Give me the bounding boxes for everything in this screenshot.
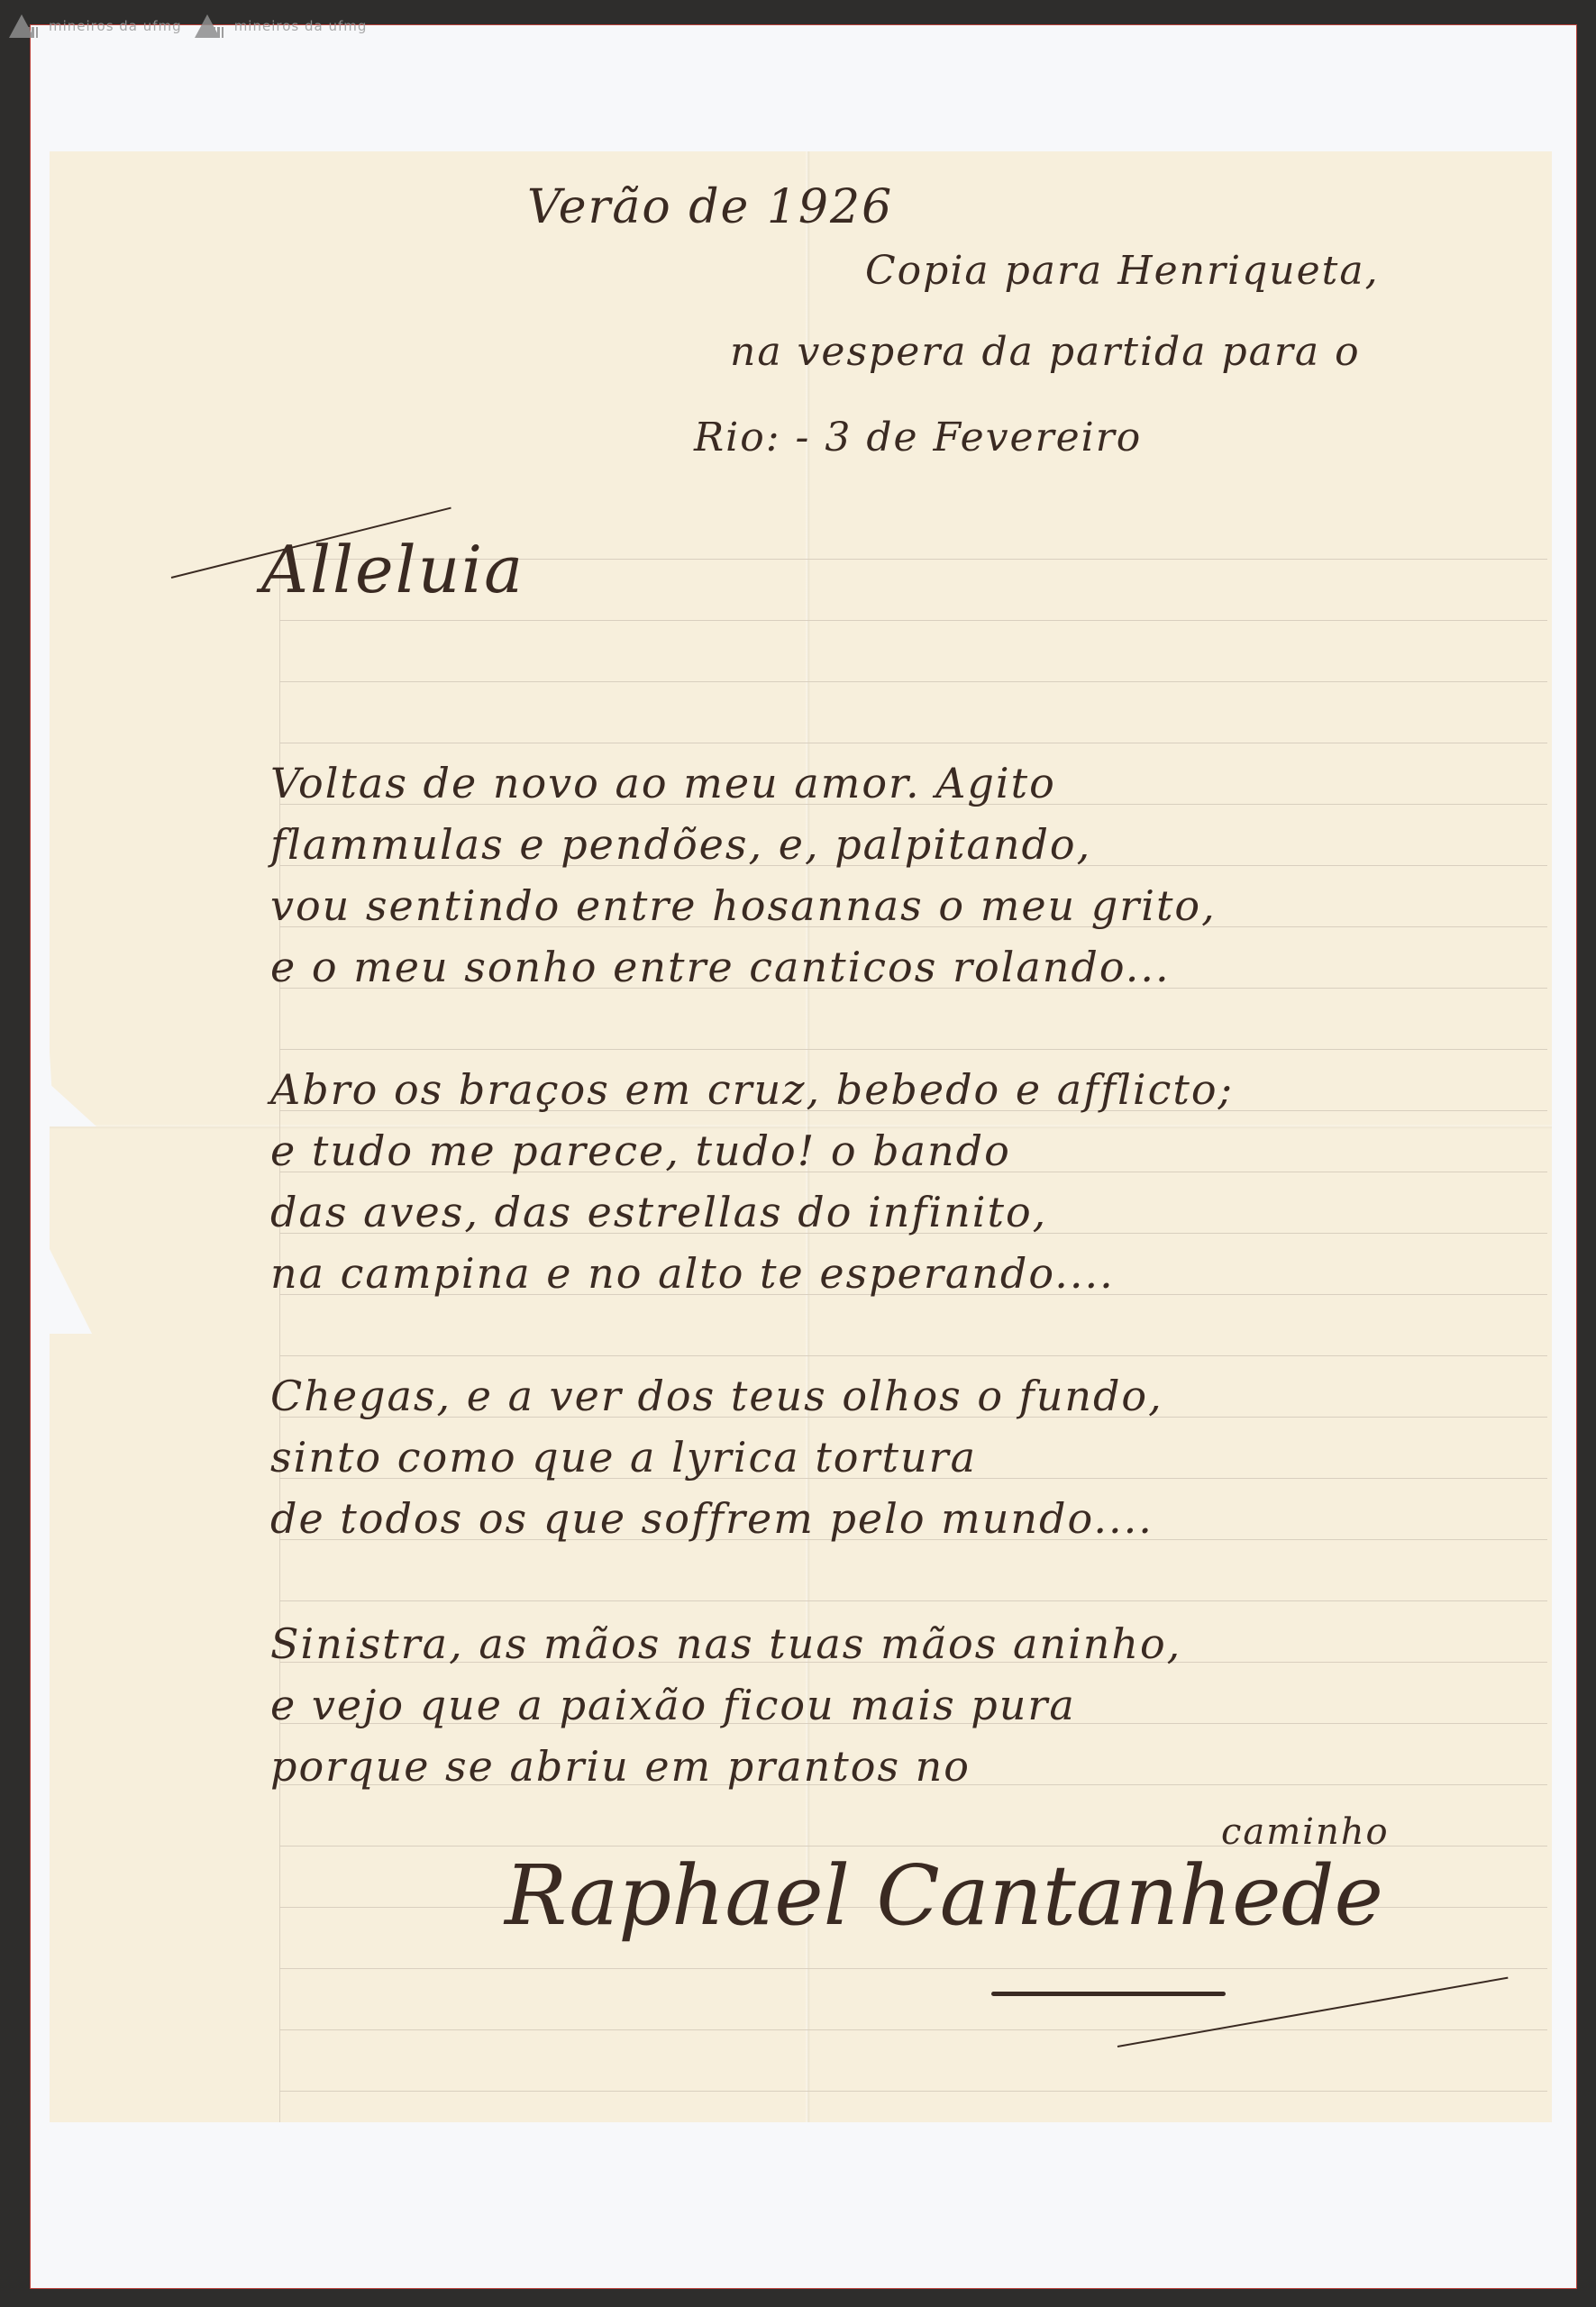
- signature: Raphael Cantanhede: [505, 1847, 1383, 1944]
- ufmg-logo-icon: [5, 13, 40, 40]
- ruled-line: [279, 1600, 1547, 1601]
- verse-line: na campina e no alto te esperando....: [270, 1243, 1234, 1304]
- watermark-text: mineiros da ufmg: [234, 18, 368, 34]
- verse-line: e vejo que a paixão ficou mais pura: [270, 1674, 1181, 1736]
- ruled-line: [279, 743, 1547, 743]
- ruled-line: [279, 620, 1547, 621]
- stanza-2: Abro os braços em cruz, bebedo e afflict…: [270, 1059, 1234, 1304]
- stanza-4: Sinistra, as mãos nas tuas mãos aninho, …: [270, 1613, 1181, 1797]
- header-note-line: Copia para Henriqueta,: [865, 248, 1380, 294]
- verse-line: Chegas, e a ver dos teus olhos o fundo,: [270, 1365, 1163, 1427]
- verse-line: flammulas e pendões, e, palpitando,: [270, 814, 1217, 875]
- paper-tear: [47, 1244, 92, 1334]
- stanza-3: Chegas, e a ver dos teus olhos o fundo, …: [270, 1365, 1163, 1549]
- verse-line: Sinistra, as mãos nas tuas mãos aninho,: [270, 1613, 1181, 1674]
- ruled-line: [279, 2029, 1547, 2030]
- stanza-1: Voltas de novo ao meu amor. Agito flammu…: [270, 752, 1217, 998]
- watermark-text: mineiros da ufmg: [49, 18, 182, 34]
- verse-line: vou sentindo entre hosannas o meu grito,: [270, 875, 1217, 936]
- ufmg-logo-icon: [191, 13, 225, 40]
- watermark: mineiros da ufmg mineiros da ufmg: [5, 13, 367, 40]
- ruled-line: [279, 1355, 1547, 1356]
- verse-line: sinto como que a lyrica tortura: [270, 1427, 1163, 1488]
- poem-title: Alleluia: [261, 532, 524, 607]
- paper-tear: [47, 1081, 96, 1126]
- verse-line: Voltas de novo ao meu amor. Agito: [270, 752, 1217, 814]
- verse-line: de todos os que soffrem pelo mundo....: [270, 1488, 1163, 1549]
- signature-underline: [991, 1992, 1226, 1996]
- verse-line: e o meu sonho entre canticos rolando...: [270, 936, 1217, 998]
- header-note-line: na vespera da partida para o: [730, 329, 1361, 375]
- verse-line: Abro os braços em cruz, bebedo e afflict…: [270, 1059, 1234, 1120]
- header-note-line: Rio: - 3 de Fevereiro: [694, 415, 1142, 460]
- verse-line: porque se abriu em prantos no: [270, 1736, 1181, 1797]
- verse-line: e tudo me parece, tudo! o bando: [270, 1120, 1234, 1181]
- ruled-line: [279, 1968, 1547, 1969]
- letter-date: Verão de 1926: [527, 180, 893, 234]
- verse-line: das aves, das estrellas do infinito,: [270, 1181, 1234, 1243]
- ruled-line: [279, 2091, 1547, 2092]
- ruled-line: [279, 1049, 1547, 1050]
- ruled-line: [279, 681, 1547, 682]
